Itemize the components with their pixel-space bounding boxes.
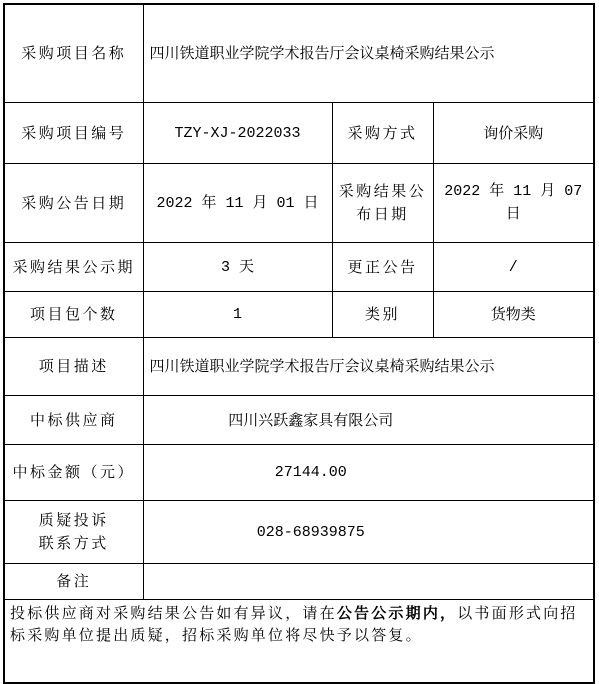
label-winning-supplier: 中标供应商 [4, 396, 143, 445]
value-correction-notice: / [433, 243, 594, 292]
row-complaint-contact: 质疑投诉 联系方式 028-68939875 [4, 501, 594, 564]
value-project-number: TZY-XJ-2022033 [143, 103, 332, 164]
label-result-publish-date: 采购结果公 布日期 [332, 164, 433, 243]
footer-note: 投标供应商对采购结果公告如有异议，请在公告公示期内，以书面形式向招标采购单位提出… [4, 600, 594, 684]
label-announcement-date: 采购公告日期 [4, 164, 143, 243]
footer-note-bold: 公告公示期内， [337, 605, 457, 622]
row-publicity-period: 采购结果公示期 3 天 更正公告 / [4, 243, 594, 292]
label-correction-notice: 更正公告 [332, 243, 433, 292]
label-project-name: 采购项目名称 [4, 4, 143, 103]
value-publicity-period: 3 天 [143, 243, 332, 292]
value-remarks [143, 564, 594, 600]
label-project-description: 项目描述 [4, 338, 143, 396]
value-announcement-date: 2022 年 11 月 01 日 [143, 164, 332, 243]
value-project-description: 四川铁道职业学院学术报告厅会议桌椅采购结果公示 [143, 338, 594, 396]
label-procurement-method: 采购方式 [332, 103, 433, 164]
value-procurement-method: 询价采购 [433, 103, 594, 164]
label-remarks: 备注 [4, 564, 143, 600]
row-announcement-date: 采购公告日期 2022 年 11 月 01 日 采购结果公 布日期 2022 年… [4, 164, 594, 243]
label-project-number: 采购项目编号 [4, 103, 143, 164]
row-winning-amount: 中标金额（元） 27144.00 [4, 445, 594, 501]
label-package-count: 项目包个数 [4, 292, 143, 338]
row-package-count: 项目包个数 1 类别 货物类 [4, 292, 594, 338]
row-remarks: 备注 [4, 564, 594, 600]
row-project-number: 采购项目编号 TZY-XJ-2022033 采购方式 询价采购 [4, 103, 594, 164]
value-winning-supplier: 四川兴跃鑫家具有限公司 [143, 396, 594, 445]
value-package-count: 1 [143, 292, 332, 338]
procurement-result-table: 采购项目名称 四川铁道职业学院学术报告厅会议桌椅采购结果公示 采购项目编号 TZ… [3, 3, 595, 684]
label-category: 类别 [332, 292, 433, 338]
footer-note-before: 投标供应商对采购结果公告如有异议，请在 [10, 605, 337, 622]
row-winning-supplier: 中标供应商 四川兴跃鑫家具有限公司 [4, 396, 594, 445]
label-complaint-contact: 质疑投诉 联系方式 [4, 501, 143, 564]
value-complaint-contact: 028-68939875 [143, 501, 594, 564]
row-footer-note: 投标供应商对采购结果公告如有异议，请在公告公示期内，以书面形式向招标采购单位提出… [4, 600, 594, 684]
label-publicity-period: 采购结果公示期 [4, 243, 143, 292]
row-project-description: 项目描述 四川铁道职业学院学术报告厅会议桌椅采购结果公示 [4, 338, 594, 396]
row-project-name: 采购项目名称 四川铁道职业学院学术报告厅会议桌椅采购结果公示 [4, 4, 594, 103]
label-winning-amount: 中标金额（元） [4, 445, 143, 501]
value-winning-amount: 27144.00 [143, 445, 594, 501]
value-category: 货物类 [433, 292, 594, 338]
value-result-publish-date: 2022 年 11 月 07 日 [433, 164, 594, 243]
value-project-name: 四川铁道职业学院学术报告厅会议桌椅采购结果公示 [143, 4, 594, 103]
